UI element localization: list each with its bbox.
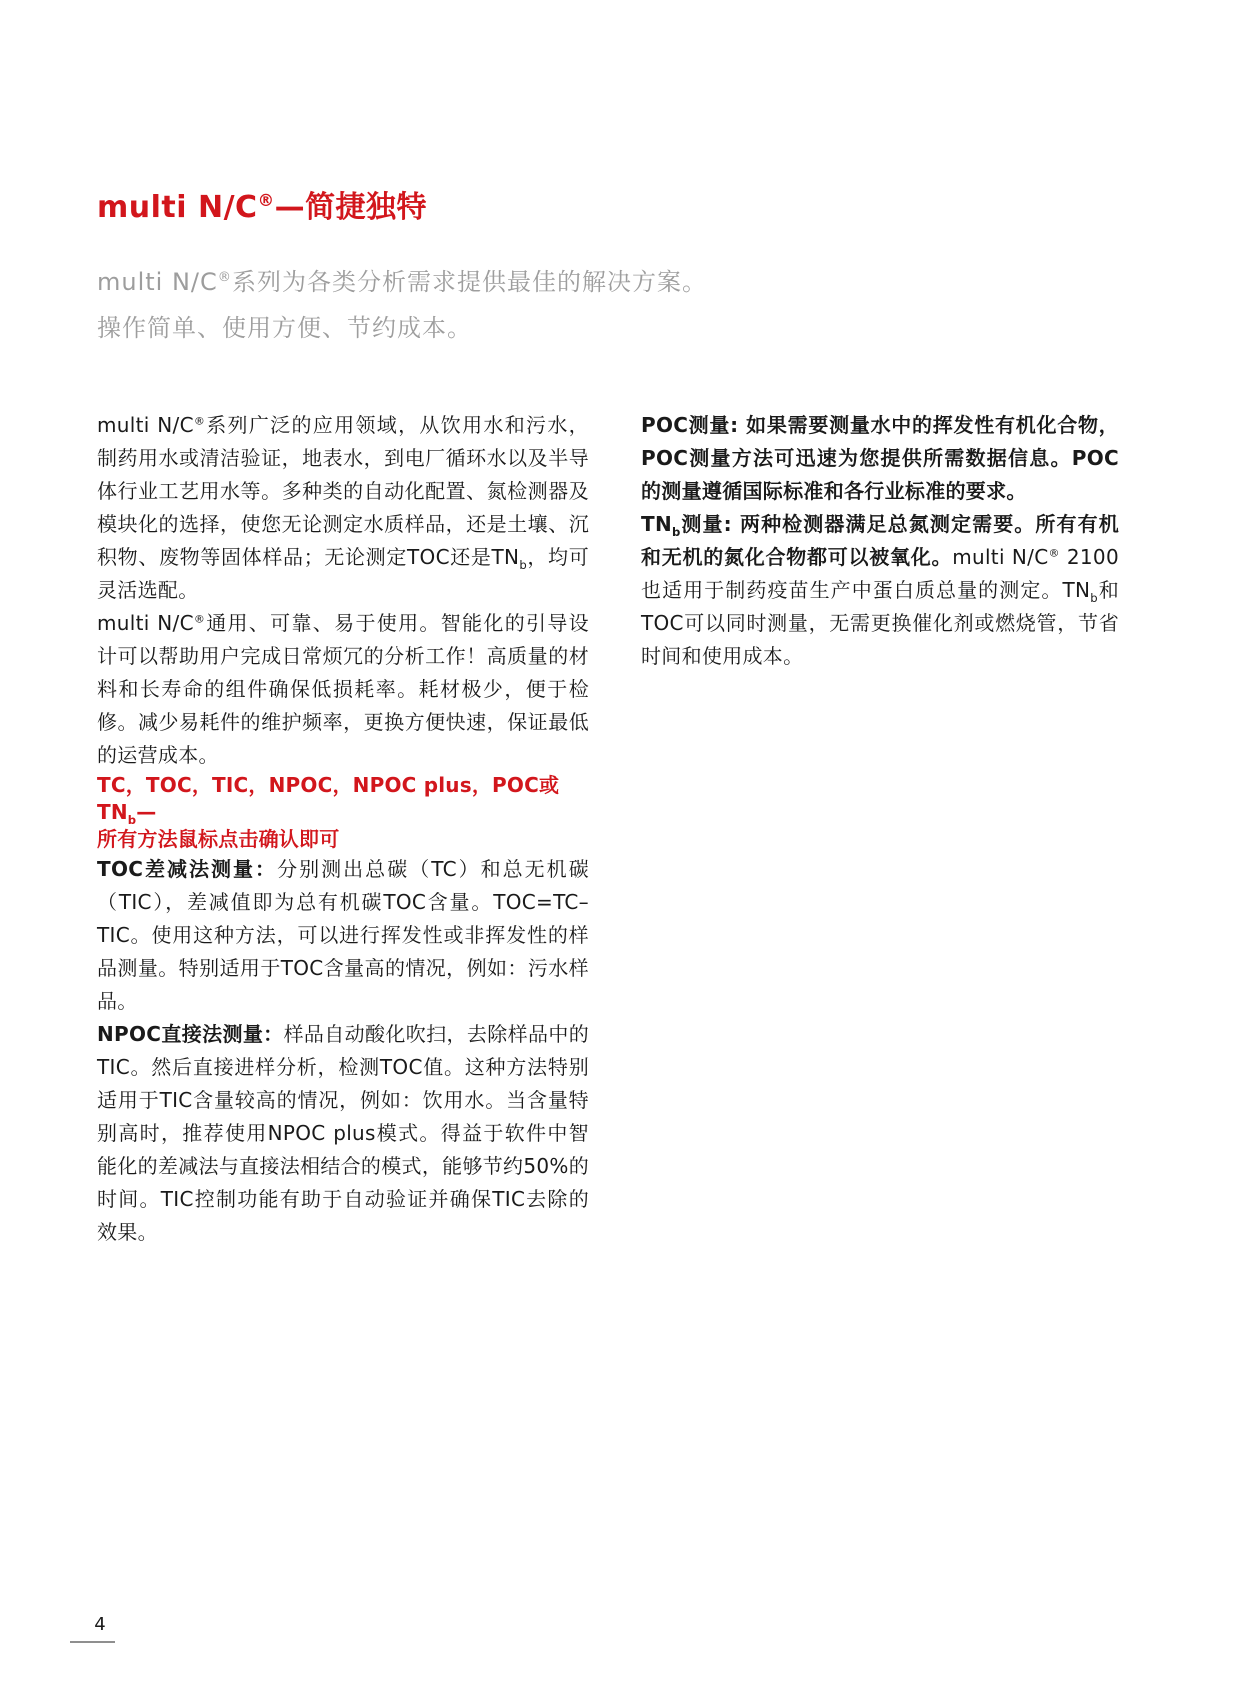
- subtitle-line-2: 操作简单、使用方便、节约成本。: [97, 305, 707, 351]
- paragraph-npoc-method: NPOC直接法测量：样品自动酸化吹扫，去除样品中的TIC。然后直接进样分析，检测…: [97, 1018, 589, 1249]
- page-subtitle: multi N/C®系列为各类分析需求提供最佳的解决方案。 操作简单、使用方便、…: [97, 259, 707, 351]
- page-number: 4: [85, 1612, 115, 1638]
- paragraph-tnb-measurement: TNb测量: 两种检测器满足总氮测定需要。所有有机和无机的氮化合物都可以被氧化。…: [641, 508, 1119, 673]
- page-title: multi N/C®—简捷独特: [97, 188, 427, 228]
- right-column: POC测量: 如果需要测量水中的挥发性有机化合物，POC测量方法可迅速为您提供所…: [641, 409, 1119, 673]
- left-column: multi N/C®系列广泛的应用领域，从饮用水和污水，制药用水或清洁验证，地表…: [97, 409, 589, 1249]
- paragraph-poc-measurement: POC测量: 如果需要测量水中的挥发性有机化合物，POC测量方法可迅速为您提供所…: [641, 409, 1119, 508]
- subtitle-line-1: multi N/C®系列为各类分析需求提供最佳的解决方案。: [97, 259, 707, 305]
- document-page: multi N/C®—简捷独特 multi N/C®系列为各类分析需求提供最佳的…: [0, 0, 1240, 1683]
- paragraph-toc-method: TOC差减法测量：分别测出总碳（TC）和总无机碳（TIC），差减值即为总有机碳T…: [97, 853, 589, 1018]
- methods-heading: TC，TOC，TIC，NPOC，NPOC plus，POC或TNb—所有方法鼠标…: [97, 772, 589, 853]
- footer-rule: [70, 1641, 115, 1643]
- paragraph-usability: multi N/C®通用、可靠、易于使用。智能化的引导设计可以帮助用户完成日常烦…: [97, 607, 589, 772]
- paragraph-applications: multi N/C®系列广泛的应用领域，从饮用水和污水，制药用水或清洁验证，地表…: [97, 409, 589, 607]
